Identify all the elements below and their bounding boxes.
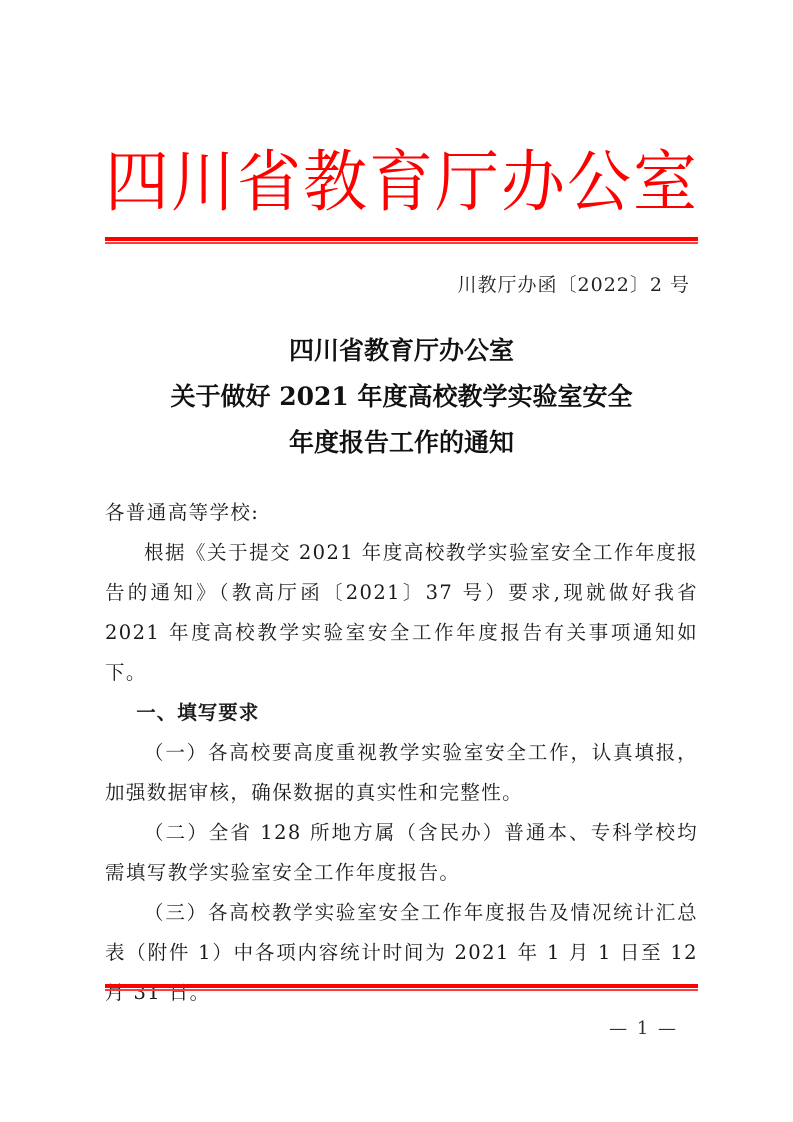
red-rule-thick	[105, 984, 698, 988]
title-line-1: 四川省教育厅办公室	[105, 328, 698, 374]
item-paragraph-1: （一）各高校要高度重视教学实验室安全工作，认真填报，加强数据审核，确保数据的真实…	[105, 733, 698, 813]
salutation: 各普通高等学校:	[105, 493, 698, 533]
footer-red-divider	[105, 984, 698, 991]
document-page: 四川省教育厅办公室 川教厅办函〔2022〕2 号 四川省教育厅办公室 关于做好 …	[0, 0, 793, 1122]
title-line-3: 年度报告工作的通知	[105, 420, 698, 466]
intro-paragraph: 根据《关于提交 2021 年度高校教学实验室安全工作年度报告的通知》（教高厅函〔…	[105, 533, 698, 693]
item-paragraph-2: （二）全省 128 所地方属（含民办）普通本、专科学校均需填写教学实验室安全工作…	[105, 813, 698, 893]
document-body: 各普通高等学校: 根据《关于提交 2021 年度高校教学实验室安全工作年度报告的…	[105, 493, 698, 1013]
page-number: — 1 —	[609, 1015, 678, 1043]
document-title: 四川省教育厅办公室 关于做好 2021 年度高校教学实验室安全 年度报告工作的通…	[105, 328, 698, 466]
masthead-title: 四川省教育厅办公室	[105, 136, 698, 231]
item-paragraph-3: （三）各高校教学实验室安全工作年度报告及情况统计汇总表（附件 1）中各项内容统计…	[105, 893, 698, 1013]
title-line-2: 关于做好 2021 年度高校教学实验室安全	[105, 374, 698, 420]
red-rule-thick	[105, 237, 698, 241]
section-heading-1: 一、填写要求	[105, 693, 698, 733]
red-rule-thin	[105, 242, 698, 244]
red-rule-thin	[105, 989, 698, 991]
masthead-red-divider	[105, 237, 698, 244]
document-number: 川教厅办函〔2022〕2 号	[458, 270, 690, 300]
